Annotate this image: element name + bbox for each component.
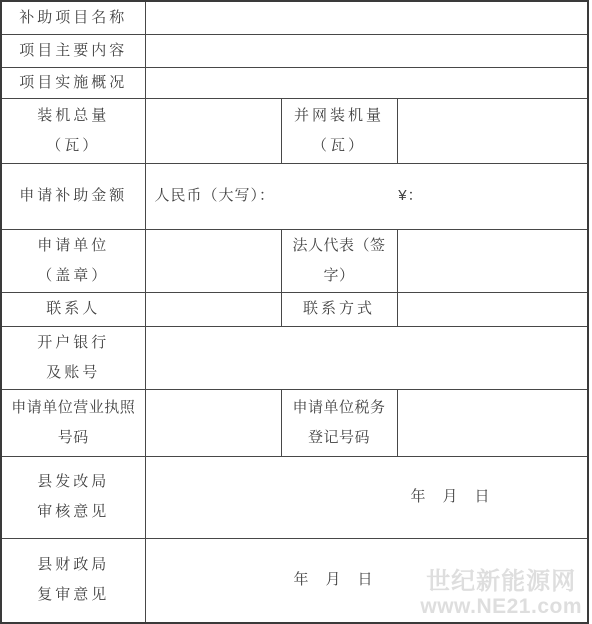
- grid-capacity-label: 并网装机量 （瓦）: [281, 98, 397, 163]
- applicant-unit-label-line2: （盖章）: [2, 261, 145, 291]
- applicant-unit-label: 申请单位 （盖章）: [1, 229, 145, 292]
- row-contact: 联系人 联系方式: [1, 292, 588, 326]
- fgj-date-placeholder: 年 月 日: [146, 482, 588, 512]
- czj-review-label-line2: 复审意见: [2, 580, 145, 610]
- business-license-field[interactable]: [145, 389, 281, 456]
- czj-date-placeholder: 年 月 日: [146, 565, 588, 595]
- legal-rep-label-line1: 法人代表（签: [282, 231, 397, 261]
- row-bank: 开户银行 及账号: [1, 326, 588, 389]
- bank-label-line1: 开户银行: [2, 328, 145, 358]
- tax-registration-field[interactable]: [397, 389, 588, 456]
- tax-registration-label-line2: 登记号码: [282, 423, 397, 453]
- bank-field[interactable]: [145, 326, 588, 389]
- row-registration: 申请单位营业执照 号码 申请单位税务 登记号码: [1, 389, 588, 456]
- bank-label-line2: 及账号: [2, 358, 145, 388]
- bank-label: 开户银行 及账号: [1, 326, 145, 389]
- contact-method-label: 联系方式: [281, 292, 397, 326]
- czj-review-label-line1: 县财政局: [2, 550, 145, 580]
- legal-rep-field[interactable]: [397, 229, 588, 292]
- fgj-review-label: 县发改局 审核意见: [1, 456, 145, 538]
- subsidy-form-table: 补助项目名称 项目主要内容 项目实施概况 装机总量 （瓦） 并网装机量 （瓦） …: [0, 0, 589, 624]
- subsidy-application-form-page: 补助项目名称 项目主要内容 项目实施概况 装机总量 （瓦） 并网装机量 （瓦） …: [0, 0, 592, 624]
- total-capacity-label-line1: 装机总量: [2, 101, 145, 131]
- czj-review-field[interactable]: 年 月 日: [145, 538, 588, 623]
- business-license-label-line1: 申请单位营业执照: [2, 393, 145, 423]
- fgj-review-label-line1: 县发改局: [2, 467, 145, 497]
- czj-review-label: 县财政局 复审意见: [1, 538, 145, 623]
- total-capacity-label-line2: （瓦）: [2, 131, 145, 161]
- tax-registration-label: 申请单位税务 登记号码: [281, 389, 397, 456]
- subsidy-amount-label: 申请补助金额: [1, 163, 145, 229]
- fgj-review-field[interactable]: 年 月 日: [145, 456, 588, 538]
- main-content-field[interactable]: [145, 34, 588, 67]
- row-implementation: 项目实施概况: [1, 67, 588, 98]
- implementation-label: 项目实施概况: [1, 67, 145, 98]
- row-main-content: 项目主要内容: [1, 34, 588, 67]
- contact-person-label: 联系人: [1, 292, 145, 326]
- legal-rep-label-line2: 字）: [282, 261, 397, 291]
- row-project-name: 补助项目名称: [1, 1, 588, 34]
- business-license-label-line2: 号码: [2, 423, 145, 453]
- row-applicant: 申请单位 （盖章） 法人代表（签 字）: [1, 229, 588, 292]
- row-fgj-review: 县发改局 审核意见 年 月 日: [1, 456, 588, 538]
- applicant-unit-field[interactable]: [145, 229, 281, 292]
- main-content-label: 项目主要内容: [1, 34, 145, 67]
- grid-capacity-label-line2: （瓦）: [282, 131, 397, 161]
- subsidy-amount-field[interactable]: 人民币（大写）： ¥：: [145, 163, 588, 229]
- grid-capacity-label-line1: 并网装机量: [282, 101, 397, 131]
- row-czj-review: 县财政局 复审意见 年 月 日: [1, 538, 588, 623]
- applicant-unit-label-line1: 申请单位: [2, 231, 145, 261]
- implementation-field[interactable]: [145, 67, 588, 98]
- total-capacity-field[interactable]: [145, 98, 281, 163]
- grid-capacity-field[interactable]: [397, 98, 588, 163]
- tax-registration-label-line1: 申请单位税务: [282, 393, 397, 423]
- amount-numeric-prefix: ¥：: [398, 181, 423, 211]
- business-license-label: 申请单位营业执照 号码: [1, 389, 145, 456]
- row-capacity: 装机总量 （瓦） 并网装机量 （瓦）: [1, 98, 588, 163]
- amount-words-prefix: 人民币（大写）：: [155, 187, 276, 204]
- row-subsidy-amount: 申请补助金额 人民币（大写）： ¥：: [1, 163, 588, 229]
- total-capacity-label: 装机总量 （瓦）: [1, 98, 145, 163]
- project-name-label: 补助项目名称: [1, 1, 145, 34]
- contact-method-field[interactable]: [397, 292, 588, 326]
- project-name-field[interactable]: [145, 1, 588, 34]
- legal-rep-label: 法人代表（签 字）: [281, 229, 397, 292]
- contact-person-field[interactable]: [145, 292, 281, 326]
- fgj-review-label-line2: 审核意见: [2, 497, 145, 527]
